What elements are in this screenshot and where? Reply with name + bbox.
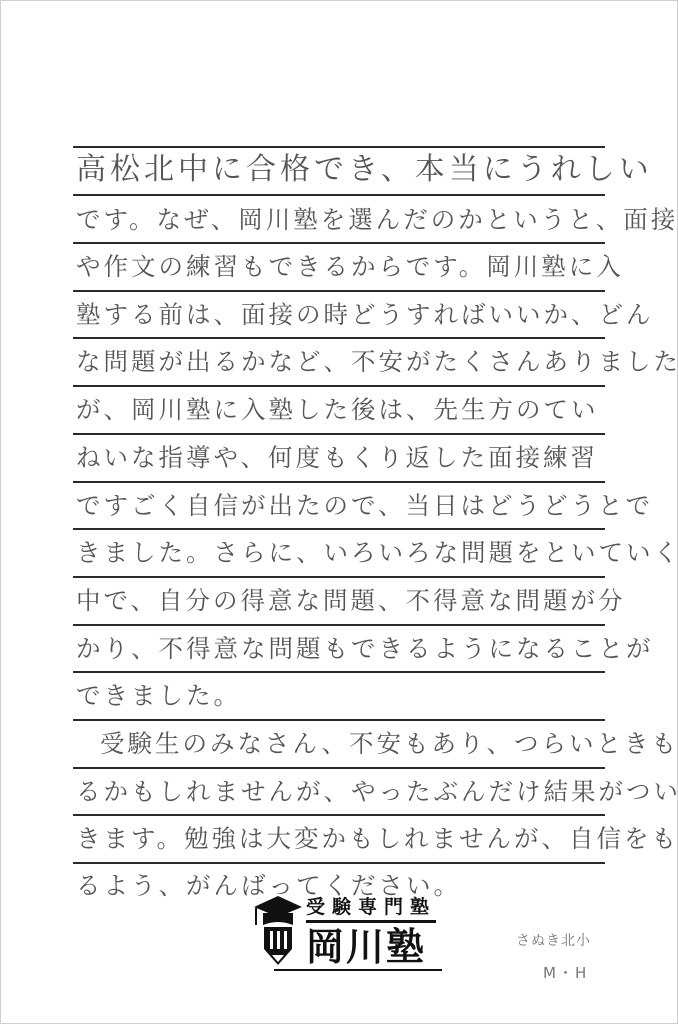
text-line: です。なぜ、岡川塾を選んだのかというと、面接 <box>76 200 606 240</box>
logo-subtitle: 受験専門塾 <box>306 895 436 923</box>
text-line: 塾する前は、面接の時どうすればいいか、どん <box>76 295 606 335</box>
ruled-line <box>73 719 605 721</box>
text-line: 高松北中に合格でき、本当にうれしい <box>76 150 606 190</box>
ruled-line <box>73 433 605 435</box>
text-line: できました。 <box>76 676 606 716</box>
logo-underline <box>274 969 442 971</box>
graduation-cap-pencil-icon <box>252 893 304 973</box>
ruled-line <box>73 624 605 626</box>
text-line: ねいな指導や、何度もくり返した面接練習 <box>76 438 606 478</box>
text-line: 中で、自分の得意な問題、不得意な問題が分 <box>76 581 606 621</box>
text-line: 受験生のみなさん、不安もあり、つらいときもあ <box>76 724 630 764</box>
text-line: が、岡川塾に入塾した後は、先生方のてい <box>76 390 606 430</box>
ruled-line <box>73 481 605 483</box>
signature-initials: M・H <box>543 962 588 983</box>
ruled-line <box>73 767 605 769</box>
ruled-line <box>73 385 605 387</box>
ruled-line <box>73 814 605 816</box>
ruled-line <box>73 862 605 864</box>
text-line: かり、不得意な問題もできるようになることが <box>76 629 606 669</box>
ruled-line <box>73 242 605 244</box>
text-line: きます。勉強は大変かもしれませんが、自信をもて <box>76 819 606 859</box>
ruled-line <box>73 671 605 673</box>
text-line: るかもしれませんが、やったぶんだけ結果がついて <box>76 772 606 812</box>
logo-name: 岡川塾 <box>306 925 442 969</box>
ruled-line <box>73 194 605 196</box>
signature-school: さぬき北小 <box>516 930 591 950</box>
school-logo: 受験専門塾 岡川塾 <box>252 893 442 973</box>
text-line: な問題が出るかなど、不安がたくさんありました <box>76 342 606 382</box>
text-line: ですごく自信が出たので、当日はどうどうとで <box>76 486 606 526</box>
text-line: きました。さらに、いろいろな問題をといていく <box>76 533 606 573</box>
ruled-line <box>73 337 605 339</box>
ruled-line <box>73 146 605 148</box>
ruled-line <box>73 528 605 530</box>
ruled-line <box>73 290 605 292</box>
text-line: や作文の練習もできるからです。岡川塾に入 <box>76 247 606 287</box>
ruled-line <box>73 576 605 578</box>
